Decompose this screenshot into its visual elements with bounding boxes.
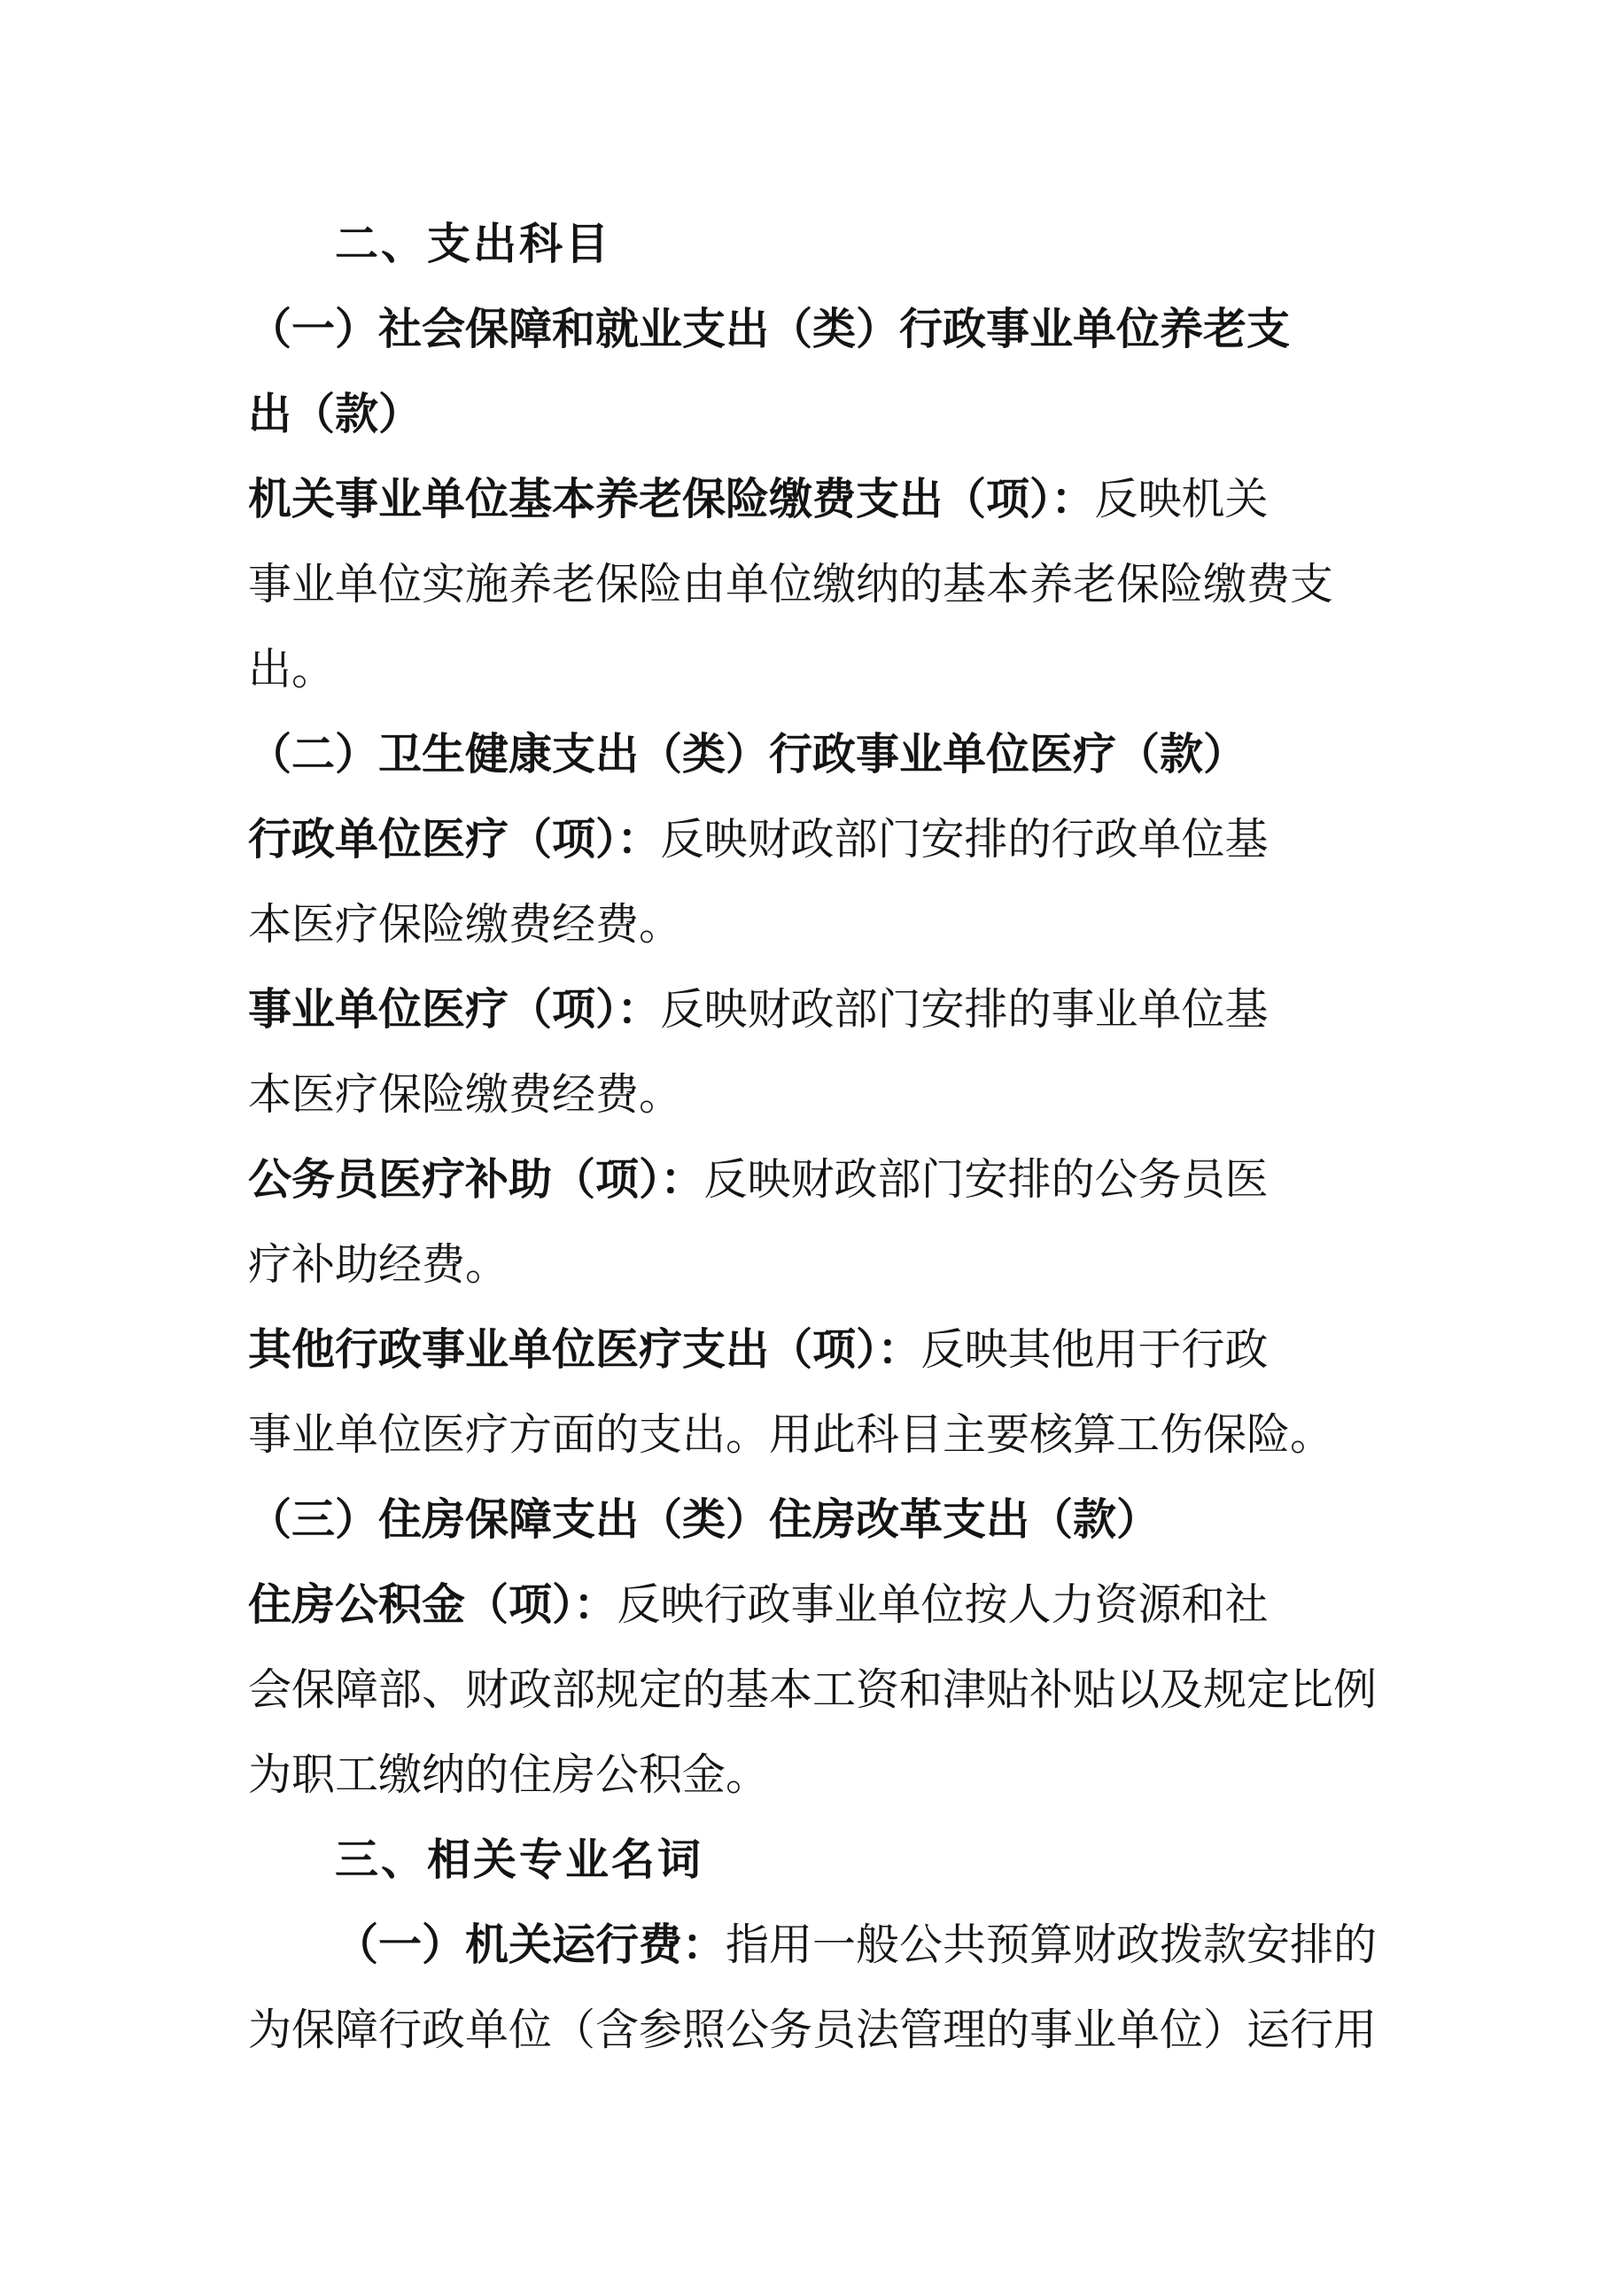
para-basic-pension-contribution-item: 机关事业单位基本养老保险缴费支出（项）：反映机关事业单位实施养老保险由单位缴纳的… (248, 457, 1391, 712)
section-heading-expenditure-subjects: 二、支出科目 (248, 202, 1391, 287)
text-line: 本医疗保险缴费经费。 (248, 882, 1391, 967)
para-social-security-employment-class: （一）社会保障和就业支出（类）行政事业单位养老支出（款） (248, 287, 1391, 457)
term-label-text: 行政单位医疗（项）： (248, 815, 661, 864)
body-text: 疗补助经费。 (248, 1240, 509, 1289)
body-text: 反映其他用于行政 (921, 1325, 1269, 1374)
body-text: 事业单位医疗方面的支出。用此科目主要核算工伤保险。 (248, 1410, 1333, 1459)
body-text: 为职工缴纳的住房公积金。 (248, 1750, 769, 1799)
para-administrative-unit-medical-item: 行政单位医疗（项）：反映财政部门安排的行政单位基本医疗保险缴费经费。 (248, 797, 1391, 967)
body-text: 本医疗保险缴费经费。 (248, 900, 682, 949)
para-public-institution-medical-item: 事业单位医疗（项）：反映财政部门安排的事业单位基本医疗保险缴费经费。 (248, 967, 1391, 1137)
text-line: 公务员医疗补助（项）：反映财政部门安排的公务员医 (248, 1137, 1391, 1222)
para-housing-security-class: （三）住房保障支出（类）住房改革支出（款） (248, 1478, 1391, 1563)
text-line: 会保障部、财政部规定的基本工资和津贴补贴以及规定比例 (248, 1648, 1391, 1733)
section-heading-text: 三、相关专业名词 (335, 1836, 703, 1884)
term-label-text: （一）机关运行费： (335, 1920, 726, 1969)
para-other-medical-expenditure-item: 其他行政事业单位医疗支出（项）：反映其他用于行政事业单位医疗方面的支出。用此科目… (248, 1307, 1391, 1478)
text-line: 出。 (248, 627, 1391, 712)
term-label-text: 机关事业单位基本养老保险缴费支出（项）： (248, 475, 1095, 524)
body-text: 反映财政部门安排的行政单位基 (661, 815, 1269, 864)
body-text: 出。 (248, 645, 335, 694)
body-text: 指用一般公共预算财政拨款安排的 (726, 1920, 1377, 1969)
section-heading-related-terms: 三、相关专业名词 (248, 1818, 1391, 1903)
text-line: 机关事业单位基本养老保险缴费支出（项）：反映机关 (248, 457, 1391, 542)
term-label-text: 出（款） (248, 390, 422, 438)
para-agency-operating-expense-term: （一）机关运行费：指用一般公共预算财政拨款安排的为保障行政单位（含参照公务员法管… (248, 1903, 1391, 2073)
text-line: 事业单位医疗（项）：反映财政部门安排的事业单位基 (248, 967, 1391, 1052)
body-text: 反映财政部门安排的公务员医 (704, 1155, 1269, 1204)
body-text: 反映财政部门安排的事业单位基 (661, 985, 1269, 1034)
text-line: 出（款） (248, 372, 1391, 457)
text-line: 事业单位医疗方面的支出。用此科目主要核算工伤保险。 (248, 1392, 1391, 1478)
term-label-text: 公务员医疗补助（项）： (248, 1155, 704, 1204)
body-text: 反映机关 (1095, 475, 1269, 524)
text-line: 疗补助经费。 (248, 1222, 1391, 1307)
body-text: 事业单位实施养老保险由单位缴纳的基本养老保险缴费支 (248, 560, 1333, 609)
text-line: 三、相关专业名词 (248, 1818, 1391, 1903)
section-heading-text: 二、支出科目 (335, 221, 611, 268)
body-text: 会保障部、财政部规定的基本工资和津贴补贴以及规定比例 (248, 1665, 1377, 1714)
text-line: 本医疗保险缴费经费。 (248, 1052, 1391, 1137)
term-label-text: （二）卫生健康支出（类）行政事业单位医疗（款） (248, 730, 1246, 779)
body-text: 为保障行政单位（含参照公务员法管理的事业单位）运行用 (248, 2005, 1377, 2054)
body-text: 本医疗保险缴费经费。 (248, 1070, 682, 1119)
text-line: （一）机关运行费：指用一般公共预算财政拨款安排的 (248, 1903, 1391, 1988)
text-line: （一）社会保障和就业支出（类）行政事业单位养老支 (248, 287, 1391, 372)
term-label-text: （三）住房保障支出（类）住房改革支出（款） (248, 1495, 1160, 1544)
text-line: 二、支出科目 (248, 202, 1391, 287)
text-line: （二）卫生健康支出（类）行政事业单位医疗（款） (248, 712, 1391, 797)
term-label-text: 事业单位医疗（项）： (248, 985, 661, 1034)
text-line: 为保障行政单位（含参照公务员法管理的事业单位）运行用 (248, 1988, 1391, 2073)
text-line: （三）住房保障支出（类）住房改革支出（款） (248, 1478, 1391, 1563)
text-line: 为职工缴纳的住房公积金。 (248, 1733, 1391, 1818)
text-line: 其他行政事业单位医疗支出（项）：反映其他用于行政 (248, 1307, 1391, 1392)
term-label-text: 住房公积金（项）： (248, 1580, 617, 1629)
text-line: 事业单位实施养老保险由单位缴纳的基本养老保险缴费支 (248, 542, 1391, 627)
body-text: 反映行政事业单位按人力资源和社 (617, 1580, 1269, 1629)
para-housing-provident-fund-item: 住房公积金（项）：反映行政事业单位按人力资源和社会保障部、财政部规定的基本工资和… (248, 1563, 1391, 1818)
document-page: 二、支出科目（一）社会保障和就业支出（类）行政事业单位养老支出（款）机关事业单位… (0, 0, 1623, 2296)
term-label-text: 其他行政事业单位医疗支出（项）： (248, 1325, 921, 1374)
term-label-text: （一）社会保障和就业支出（类）行政事业单位养老支 (248, 305, 1290, 353)
text-line: 行政单位医疗（项）：反映财政部门安排的行政单位基 (248, 797, 1391, 882)
para-health-class: （二）卫生健康支出（类）行政事业单位医疗（款） (248, 712, 1391, 797)
para-civil-servant-medical-subsidy-item: 公务员医疗补助（项）：反映财政部门安排的公务员医疗补助经费。 (248, 1137, 1391, 1307)
document-content: 二、支出科目（一）社会保障和就业支出（类）行政事业单位养老支出（款）机关事业单位… (248, 202, 1391, 2073)
text-line: 住房公积金（项）：反映行政事业单位按人力资源和社 (248, 1563, 1391, 1648)
